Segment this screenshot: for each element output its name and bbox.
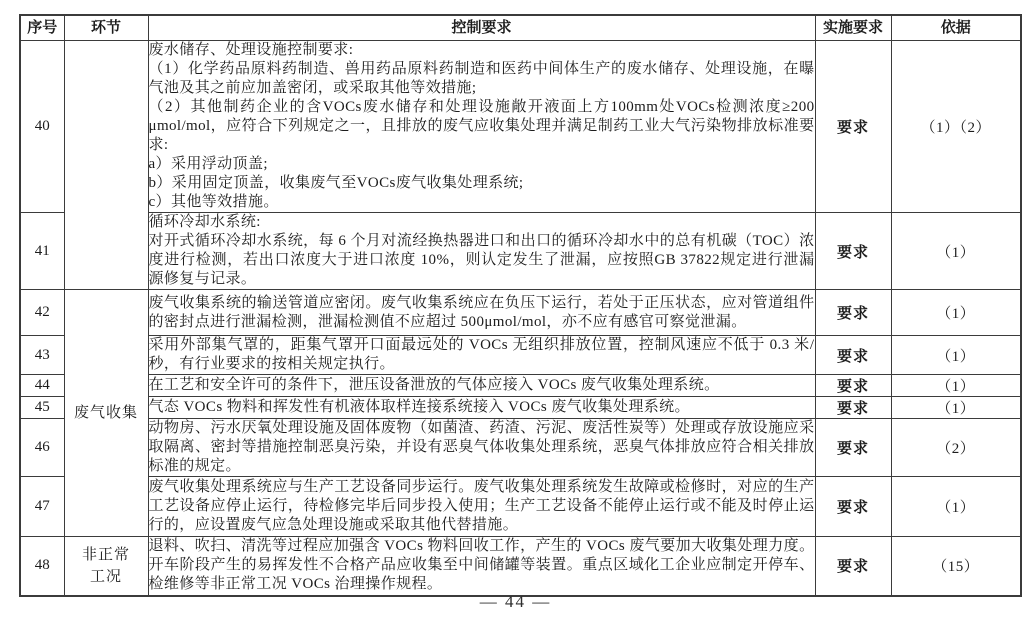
basis-value: （1） xyxy=(891,213,1021,290)
row-number: 41 xyxy=(20,213,64,290)
implementation-requirement: 要求 xyxy=(815,41,891,213)
document-page: 序号 环节 控制要求 实施要求 依据 40 废水储存、处理设施控制要求: （1）… xyxy=(0,0,1031,625)
table-row-41: 41 循环冷却水系统: 对开式循环冷却水系统，每 6 个月对流经换热器进口和出口… xyxy=(20,213,1021,290)
table-row-47: 47 废气收集处理系统应与生产工艺设备同步运行。废气收集处理系统发生故障或检修时… xyxy=(20,477,1021,537)
control-requirement: 在工艺和安全许可的条件下，泄压设备泄放的气体应接入 VOCs 废气收集处理系统。 xyxy=(148,375,815,397)
table-row-45: 45 气态 VOCs 物料和挥发性有机液体取样连接系统接入 VOCs 废气收集处… xyxy=(20,397,1021,419)
basis-value: （15） xyxy=(891,537,1021,596)
table-row-44: 44 在工艺和安全许可的条件下，泄压设备泄放的气体应接入 VOCs 废气收集处理… xyxy=(20,375,1021,397)
header-stage: 环节 xyxy=(64,15,148,41)
header-implementation: 实施要求 xyxy=(815,15,891,41)
basis-value: （2） xyxy=(891,419,1021,477)
basis-value: （1）（2） xyxy=(891,41,1021,213)
control-requirement: 废水储存、处理设施控制要求: （1）化学药品原料药制造、兽用药品原料药制造和医药… xyxy=(148,41,815,213)
table-row-43: 43 采用外部集气罩的，距集气罩开口面最远处的 VOCs 无组织排放位置，控制风… xyxy=(20,336,1021,375)
basis-value: （1） xyxy=(891,397,1021,419)
table-row-48: 48 非正常 工况 退料、吹扫、清洗等过程应加强含 VOCs 物料回收工作，产生… xyxy=(20,537,1021,596)
implementation-requirement: 要求 xyxy=(815,397,891,419)
table-row-46: 46 动物房、污水厌氧处理设施及固体废物（如菌渣、药渣、污泥、废活性炭等）处理或… xyxy=(20,419,1021,477)
control-requirement: 循环冷却水系统: 对开式循环冷却水系统，每 6 个月对流经换热器进口和出口的循环… xyxy=(148,213,815,290)
row-number: 45 xyxy=(20,397,64,419)
table-row-40: 40 废水储存、处理设施控制要求: （1）化学药品原料药制造、兽用药品原料药制造… xyxy=(20,41,1021,213)
table-header-row: 序号 环节 控制要求 实施要求 依据 xyxy=(20,15,1021,41)
basis-value: （1） xyxy=(891,375,1021,397)
implementation-requirement: 要求 xyxy=(815,290,891,336)
implementation-requirement: 要求 xyxy=(815,537,891,596)
header-basis: 依据 xyxy=(891,15,1021,41)
header-control: 控制要求 xyxy=(148,15,815,41)
stage-cell-continuation xyxy=(64,41,148,290)
control-requirement: 废气收集处理系统应与生产工艺设备同步运行。废气收集处理系统发生故障或检修时，对应… xyxy=(148,477,815,537)
stage-cell-waste-gas-collection: 废气收集 xyxy=(64,290,148,537)
row-number: 46 xyxy=(20,419,64,477)
control-requirement: 气态 VOCs 物料和挥发性有机液体取样连接系统接入 VOCs 废气收集处理系统… xyxy=(148,397,815,419)
basis-value: （1） xyxy=(891,290,1021,336)
row-number: 44 xyxy=(20,375,64,397)
table-row-42: 42 废气收集 废气收集系统的输送管道应密闭。废气收集系统应在负压下运行，若处于… xyxy=(20,290,1021,336)
implementation-requirement: 要求 xyxy=(815,477,891,537)
control-requirement: 废气收集系统的输送管道应密闭。废气收集系统应在负压下运行，若处于正压状态，应对管… xyxy=(148,290,815,336)
basis-value: （1） xyxy=(891,477,1021,537)
row-number: 43 xyxy=(20,336,64,375)
requirements-table: 序号 环节 控制要求 实施要求 依据 40 废水储存、处理设施控制要求: （1）… xyxy=(19,14,1022,597)
row-number: 47 xyxy=(20,477,64,537)
implementation-requirement: 要求 xyxy=(815,375,891,397)
implementation-requirement: 要求 xyxy=(815,419,891,477)
stage-cell-abnormal-condition: 非正常 工况 xyxy=(64,537,148,596)
control-requirement: 采用外部集气罩的，距集气罩开口面最远处的 VOCs 无组织排放位置，控制风速应不… xyxy=(148,336,815,375)
row-number: 48 xyxy=(20,537,64,596)
row-number: 42 xyxy=(20,290,64,336)
page-number: — 44 — xyxy=(0,592,1031,612)
header-no: 序号 xyxy=(20,15,64,41)
control-requirement: 动物房、污水厌氧处理设施及固体废物（如菌渣、药渣、污泥、废活性炭等）处理或存放设… xyxy=(148,419,815,477)
row-number: 40 xyxy=(20,41,64,213)
control-requirement: 退料、吹扫、清洗等过程应加强含 VOCs 物料回收工作，产生的 VOCs 废气要… xyxy=(148,537,815,596)
implementation-requirement: 要求 xyxy=(815,336,891,375)
implementation-requirement: 要求 xyxy=(815,213,891,290)
basis-value: （1） xyxy=(891,336,1021,375)
